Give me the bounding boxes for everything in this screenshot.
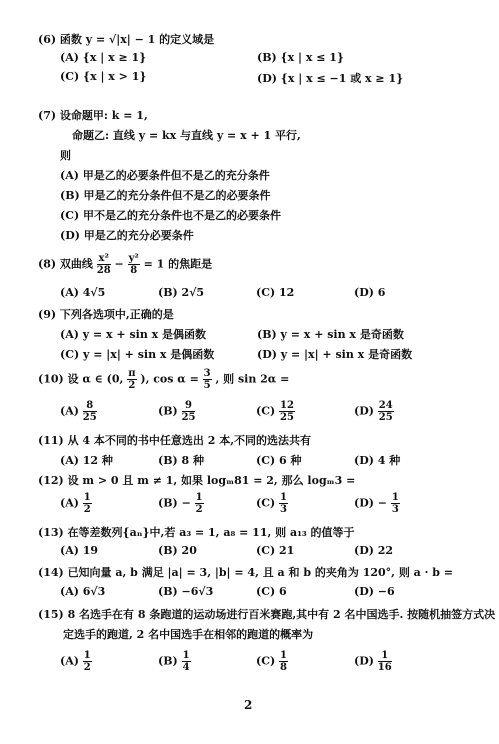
fraction: 18 xyxy=(279,650,288,673)
denominator: 5 xyxy=(203,380,212,391)
option-label: (D) xyxy=(354,405,374,418)
option-d: (D) − 13 xyxy=(354,492,400,515)
fraction: 35 xyxy=(203,368,212,391)
option-label: (B) xyxy=(158,405,178,418)
denominator: 3 xyxy=(279,504,288,515)
denominator: 8 xyxy=(128,265,140,276)
option-c: (C) 13 xyxy=(256,492,288,515)
q-stem-2: 命题乙: 直线 y = kx 与直线 y = x + 1 平行, xyxy=(72,127,301,143)
option-d: (D) 6 xyxy=(354,286,385,299)
question-12: (12) 设 m > 0 且 m ≠ 1, 如果 logₘ81 = 2, 那么 … xyxy=(38,472,355,488)
numerator: 1 xyxy=(378,650,392,662)
denominator: 8 xyxy=(279,662,288,673)
numerator: 9 xyxy=(182,400,196,412)
option-label: (B) xyxy=(158,497,178,510)
q-num: (13) xyxy=(38,526,64,539)
q-stem: 函数 y = √|x| − 1 的定义域是 xyxy=(60,33,214,46)
option-a: (A) {x | x ≥ 1} xyxy=(60,51,146,64)
fraction: 825 xyxy=(83,400,97,423)
option-c: (C) 21 xyxy=(256,544,294,557)
page-number: 2 xyxy=(244,698,252,712)
option-d: (D) 4 种 xyxy=(354,452,400,468)
option-b: (B) 925 xyxy=(158,400,195,423)
option-d: (D) {x | x ≤ −1 或 x ≥ 1} xyxy=(257,70,403,86)
option-b: (B) 14 xyxy=(158,650,191,673)
fraction: y²8 xyxy=(128,253,140,276)
option-a: (A) y = x + sin x 是偶函数 xyxy=(60,326,206,342)
option-a: (A) 825 xyxy=(60,400,97,423)
numerator: 3 xyxy=(203,368,212,380)
q-stem: 设 m > 0 且 m ≠ 1, 如果 logₘ81 = 2, 那么 logₘ3… xyxy=(68,474,356,487)
q-stem: 设命题甲: k = 1, xyxy=(60,109,148,122)
option-c: (C) 甲不是乙的充分条件也不是乙的必要条件 xyxy=(60,207,281,223)
option-a: (A) 12 xyxy=(60,492,92,515)
q-stem: 在等差数列{aₙ}中,若 a₃ = 1, a₈ = 11, 则 a₁₃ 的值等于 xyxy=(68,526,355,539)
option-c: (C) 6 xyxy=(256,585,287,598)
numerator: 1 xyxy=(195,492,204,504)
option-label: (A) xyxy=(60,405,79,418)
option-label: (B) xyxy=(158,655,178,668)
option-label: (D) xyxy=(354,655,374,668)
fraction: 2425 xyxy=(378,400,394,423)
fraction: 12 xyxy=(83,492,92,515)
q-stem: 已知向量 a, b 满足 |a| = 3, |b| = 4, 且 a 和 b 的… xyxy=(68,566,453,579)
q-num: (7) xyxy=(38,109,56,122)
fraction: 13 xyxy=(279,492,288,515)
denominator: 3 xyxy=(391,504,400,515)
option-b: (B) 甲是乙的充分条件但不是乙的必要条件 xyxy=(60,187,271,203)
option-label: (C) xyxy=(256,655,275,668)
numerator: 1 xyxy=(83,492,92,504)
numerator: 1 xyxy=(279,650,288,662)
question-15: (15) 8 名选手在有 8 条跑道的运动场进行百米赛跑,其中有 2 名中国选手… xyxy=(38,606,495,622)
q-stem: 下列各选项中,正确的是 xyxy=(60,308,174,321)
fraction: 1225 xyxy=(279,400,295,423)
option-c: (C) 12 xyxy=(256,286,294,299)
denominator: 25 xyxy=(182,412,196,423)
numerator: 24 xyxy=(378,400,394,412)
question-10: (10) 设 α ∈ (0, π2 ), cos α = 35 , 则 sin … xyxy=(38,368,289,391)
question-14: (14) 已知向量 a, b 满足 |a| = 3, |b| = 4, 且 a … xyxy=(38,564,453,580)
option-label: (C) xyxy=(256,497,275,510)
option-label: (A) xyxy=(60,497,79,510)
option-d: (D) 22 xyxy=(354,544,393,557)
q-stem-3: 则 xyxy=(60,147,71,163)
option-label: (C) xyxy=(256,405,275,418)
q-stem-suffix: , 则 sin 2α = xyxy=(215,373,289,386)
q-stem-mid: ), cos α = xyxy=(140,373,198,386)
numerator: 1 xyxy=(279,492,288,504)
option-a: (A) 6√3 xyxy=(60,585,105,598)
denominator: 25 xyxy=(83,412,97,423)
denominator: 16 xyxy=(378,662,392,673)
q-num: (14) xyxy=(38,566,64,579)
option-d: (D) 甲是乙的充分必要条件 xyxy=(60,227,194,243)
option-b: (B) − 12 xyxy=(158,492,204,515)
fraction: 13 xyxy=(391,492,400,515)
option-d: (D) 116 xyxy=(354,650,392,673)
numerator: 1 xyxy=(83,650,92,662)
option-d: (D) y = |x| + sin x 是奇函数 xyxy=(257,346,412,362)
option-b: (B) y = x + sin x 是奇函数 xyxy=(257,326,404,342)
fraction: 12 xyxy=(195,492,204,515)
numerator: 12 xyxy=(279,400,295,412)
fraction: 14 xyxy=(182,650,191,673)
q-num: (8) xyxy=(38,258,56,271)
numerator: 1 xyxy=(182,650,191,662)
denominator: 25 xyxy=(279,412,295,423)
fraction: 12 xyxy=(83,650,92,673)
sign: − xyxy=(182,497,191,510)
q-num: (12) xyxy=(38,474,64,487)
denominator: 2 xyxy=(195,504,204,515)
q-num: (10) xyxy=(38,373,64,386)
fraction: 116 xyxy=(378,650,392,673)
option-label: (D) xyxy=(354,497,374,510)
fraction: x²28 xyxy=(97,253,111,276)
q-stem: 8 名选手在有 8 条跑道的运动场进行百米赛跑,其中有 2 名中国选手. 按随机… xyxy=(68,608,496,621)
option-c: (C) {x | x > 1} xyxy=(60,70,146,83)
q-stem: 从 4 本不同的书中任意选出 2 本,不同的选法共有 xyxy=(68,434,311,447)
denominator: 2 xyxy=(83,504,92,515)
numerator: x² xyxy=(97,253,111,265)
option-b: (B) 8 种 xyxy=(158,452,204,468)
sign: − xyxy=(378,497,387,510)
q-num: (6) xyxy=(38,33,56,46)
option-c: (C) y = |x| + sin x 是偶函数 xyxy=(60,346,214,362)
denominator: 25 xyxy=(378,412,394,423)
numerator: π xyxy=(127,368,136,380)
q-stem-2: 定选手的跑道, 2 名中国选手在相邻的跑道的概率为 xyxy=(63,626,313,642)
numerator: y² xyxy=(128,253,140,265)
question-8: (8) 双曲线 x²28 − y²8 = 1 的焦距是 xyxy=(38,253,212,276)
option-b: (B) {x | x ≤ 1} xyxy=(257,51,344,64)
q-num: (15) xyxy=(38,608,64,621)
fraction: π2 xyxy=(127,368,136,391)
option-label: (A) xyxy=(60,655,79,668)
option-c: (C) 6 种 xyxy=(256,452,301,468)
option-b: (B) 20 xyxy=(158,544,197,557)
denominator: 4 xyxy=(182,662,191,673)
option-a: (A) 4√5 xyxy=(60,286,105,299)
q-num: (11) xyxy=(38,434,64,447)
option-a: (A) 12 xyxy=(60,650,92,673)
fraction: 925 xyxy=(182,400,196,423)
q-num: (9) xyxy=(38,308,56,321)
numerator: 8 xyxy=(83,400,97,412)
q-stem: 双曲线 xyxy=(60,258,93,271)
option-c: (C) 18 xyxy=(256,650,288,673)
question-13: (13) 在等差数列{aₙ}中,若 a₃ = 1, a₈ = 11, 则 a₁₃… xyxy=(38,524,355,540)
option-d: (D) −6 xyxy=(354,585,395,598)
question-9: (9) 下列各选项中,正确的是 xyxy=(38,306,174,322)
denominator: 2 xyxy=(127,380,136,391)
option-c: (C) 1225 xyxy=(256,400,295,423)
denominator: 28 xyxy=(97,265,111,276)
question-6: (6) 函数 y = √|x| − 1 的定义域是 xyxy=(38,31,214,47)
q-stem: 设 α ∈ (0, xyxy=(68,373,124,386)
option-d: (D) 2425 xyxy=(354,400,394,423)
option-b: (B) 2√5 xyxy=(158,286,204,299)
option-a: (A) 12 种 xyxy=(60,452,113,468)
option-a: (A) 19 xyxy=(60,544,98,557)
question-11: (11) 从 4 本不同的书中任意选出 2 本,不同的选法共有 xyxy=(38,432,311,448)
question-7: (7) 设命题甲: k = 1, xyxy=(38,107,148,123)
option-a: (A) 甲是乙的必要条件但不是乙的充分条件 xyxy=(60,167,270,183)
q-stem-suffix: = 1 的焦距是 xyxy=(144,258,213,271)
denominator: 2 xyxy=(83,662,92,673)
option-b: (B) −6√3 xyxy=(158,585,213,598)
numerator: 1 xyxy=(391,492,400,504)
